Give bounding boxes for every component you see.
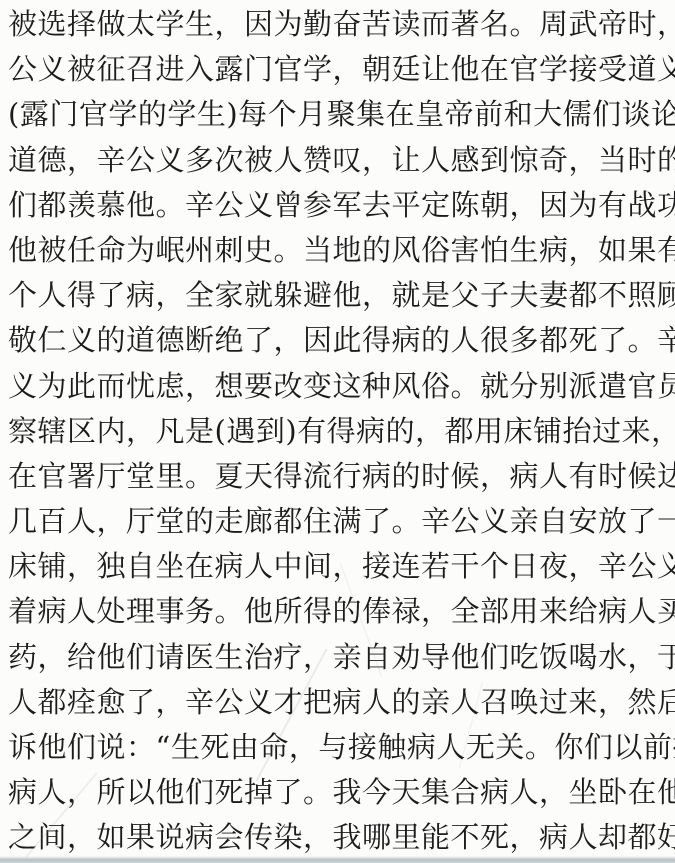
- text-line: 义为此而忧虑，想要改变这种风俗。就分别派遣官员视: [8, 364, 667, 409]
- text-line: 他被任命为岷州刺史。当地的风俗害怕生病，如果有一: [8, 228, 667, 273]
- scanned-page: 被选择做太学生，因为勤奋苦读而著名。周武帝时，辛 公义被征召进入露门官学，朝廷让…: [0, 0, 675, 863]
- page-edge-shadow: [0, 856, 675, 863]
- text-line: 个人得了病，全家就躲避他，就是父子夫妻都不照顾，孝: [8, 273, 667, 318]
- text-line: 在官署厅堂里。夏天得流行病的时候，病人有时候达到: [8, 454, 667, 499]
- text-line: 病人，所以他们死掉了。我今天集合病人，坐卧在他们: [8, 770, 667, 815]
- text-line: 察辖区内，凡是(遇到)有得病的，都用床铺抬过来，安置: [8, 409, 667, 454]
- text-line: 诉他们说：“生死由命，与接触病人无关。你们以前抛弃: [8, 725, 667, 770]
- text-line: (露门官学的学生)每个月聚集在皇帝前和大儒们谈论: [8, 92, 667, 137]
- text-line: 着病人处理事务。他所得的俸禄，全部用来给病人买: [8, 589, 667, 634]
- text-line: 药，给他们请医生治疗，亲自劝导他们吃饭喝水，于是病: [8, 635, 667, 680]
- text-line: 道德，辛公义多次被人赞叹，让人感到惊奇，当时的同学: [8, 138, 667, 183]
- text-line: 床铺，独自坐在病人中间，接连若干个日夜，辛公义面对: [8, 544, 667, 589]
- text-line: 敬仁义的道德断绝了，因此得病的人很多都死了。辛公: [8, 318, 667, 363]
- text-line: 被选择做太学生，因为勤奋苦读而著名。周武帝时，辛: [8, 2, 667, 47]
- text-line: 公义被征召进入露门官学，朝廷让他在官学接受道义。: [8, 47, 667, 92]
- text-line: 之间，如果说病会传染，我哪里能不死，病人却都好了！: [8, 815, 667, 860]
- body-text: 被选择做太学生，因为勤奋苦读而著名。周武帝时，辛 公义被征召进入露门官学，朝廷让…: [8, 2, 667, 861]
- text-line: 人都痊愈了，辛公义才把病人的亲人召唤过来，然后告: [8, 680, 667, 725]
- text-line: 们都羡慕他。辛公义曾参军去平定陈朝，因为有战功，: [8, 183, 667, 228]
- text-line: 几百人，厅堂的走廊都住满了。辛公义亲自安放了一张: [8, 499, 667, 544]
